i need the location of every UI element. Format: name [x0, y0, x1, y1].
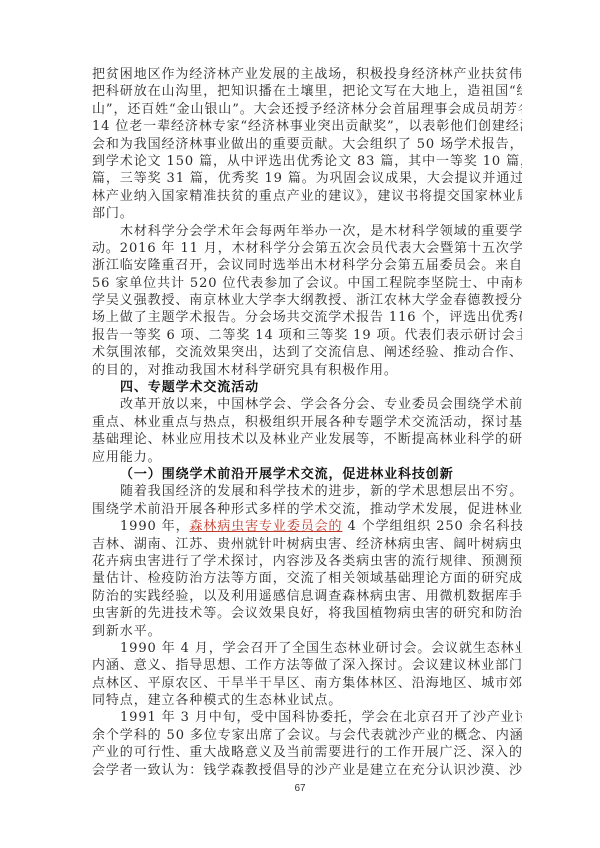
text-line: 部门。 [92, 205, 522, 222]
text-line: 学吴义强教授、南京林业大学李大纲教授、浙江农林大学金春德教授分别在主会 [92, 292, 522, 309]
text-line: 木材科学分会学术年会每两年举办一次，是木材科学领域的重要学术品牌活 [92, 223, 522, 240]
text-line: 把科研放在山沟里，把知识播在土壤里，把论文写在大地上，造祖国“绿水青 [92, 83, 522, 100]
text-line: 余个学科的 50 多位专家出席了会议。与会代表就沙产业的概念、内涵和创建沙 [92, 727, 522, 744]
text-line-with-link: 1990 年，森林病虫害专业委员会的 4 个学组组织 250 余名科技人员分别在 [92, 518, 522, 535]
forest-pest-committee-link[interactable]: 森林病虫害专业委员会的 [190, 519, 343, 534]
subsection-heading: （一）围绕学术前沿开展学术交流，促进林业科技创新 [92, 466, 522, 483]
text-line: 基础理论、林业应用技术以及林业产业发展等，不断提高林业科学的研究水平与 [92, 431, 522, 448]
text-line: 会和为我国经济林事业做出的重要贡献。大会组织了 50 场学术报告，大会共收 [92, 136, 522, 153]
text-line: 篇，三等奖 31 篇，优秀奖 19 篇。为巩固会议成果，大会提议并通过了《将经济 [92, 170, 522, 187]
section-heading: 四、专题学术交流活动 [92, 379, 522, 396]
text-line: 同特点，建立各种模式的生态林业试点。 [92, 692, 522, 709]
text-line: 到新水平。 [92, 623, 522, 640]
page-number: 67 [0, 783, 600, 794]
text-line: 山”，还百姓“金山银山”。大会还授予经济林分会首届理事会成员胡芳名等 [92, 101, 522, 118]
text-line: 量估计、检疫防治方法等方面，交流了相关领域基础理论方面的研究成果、生产 [92, 570, 522, 587]
text-line: 术氛围浓郁，交流效果突出，达到了交流信息、阐述经验、推动合作、促进友谊 [92, 344, 522, 361]
text-line: 吉林、湖南、江苏、贵州就针叶树病虫害、经济林病虫害、阔叶树病虫害、观赏 [92, 536, 522, 553]
text-line: 防治的实践经验，以及利用遥感信息调查森林病虫害、用微机数据库手段鉴定病 [92, 588, 522, 605]
text-line: 把贫困地区作为经济林产业发展的主战场，积极投身经济林产业扶贫伟大实践， [92, 66, 522, 83]
text-line: 围绕学术前沿开展各种形式多样的学术交流，推动学术发展，促进林业科技创新。 [92, 501, 522, 518]
text-line: 花卉病虫害进行了学术探讨，内容涉及各类病虫害的流行规律、预测预报、损失 [92, 553, 522, 570]
text-line: 重点、林业重点与热点，积极组织开展各种专题学术交流活动，探讨基础科学、 [92, 414, 522, 431]
text-line: 报告一等奖 6 项、二等奖 14 项和三等奖 19 项。代表们表示研讨会主题明确… [92, 327, 522, 344]
line-suffix: 4 个学组组织 250 余名科技人员分别在 [342, 519, 522, 534]
document-page-body: 把贫困地区作为经济林产业发展的主战场，积极投身经济林产业扶贫伟大实践， 把科研放… [92, 66, 522, 779]
text-line: 随着我国经济的发展和科学技术的进步，新的学术思想层出不穷。学会紧紧 [92, 483, 522, 500]
text-line: 到学术论文 150 篇，从中评选出优秀论文 83 篇，其中一等奖 10 篇，二等… [92, 153, 522, 170]
text-line: 1990 年 4 月，学会召开了全国生态林业研讨会。会议就生态林业的概念、 [92, 640, 522, 657]
text-line: 1991 年 3 月中旬，受中国科协委托，学会在北京召开了沙产业讨论会，十 [92, 709, 522, 726]
text-line: 14 位老一辈经济林专家“经济林事业突出贡献奖”，以表彰他们创建经济林分 [92, 118, 522, 135]
text-line: 林产业纳入国家精准扶贫的重点产业的建议》，建议书将提交国家林业局等有关 [92, 188, 522, 205]
text-line: 虫害新的先进技术等。会议效果良好，将我国植物病虫害的研究和防治工作提高 [92, 605, 522, 622]
text-line: 产业的可行性、重大战略意义及当前需要进行的工作开展广泛、深入的讨论。与 [92, 744, 522, 761]
text-line: 会学者一致认为：钱学森教授倡导的沙产业是建立在充分认识沙漠、沙漠化土地 [92, 762, 522, 779]
text-line: 动。2016 年 11 月，木材科学分会第五次会员代表大会暨第十五次学术研讨会在 [92, 240, 522, 257]
text-line: 内涵、意义、指导思想、工作方法等做了深入探讨。会议建议林业部门在国家重 [92, 657, 522, 674]
text-line: 浙江临安隆重召开，会议同时选举出木材科学分会第五届委员会。来自全国各地 [92, 257, 522, 274]
text-line: 点林区、平原农区、干旱半干旱区、南方集体林区、沿海地区、城市郊区根据不 [92, 675, 522, 692]
line-prefix: 1990 年， [120, 519, 190, 534]
text-line: 改革开放以来，中国林学会、学会各分会、专业委员会围绕学术前沿、学科 [92, 396, 522, 413]
text-line: 56 家单位共计 520 位代表参加了会议。中国工程院李坚院士、中南林业科技大 [92, 275, 522, 292]
text-line: 的目的，对推动我国木材科学研究具有积极作用。 [92, 362, 522, 379]
text-line: 应用能力。 [92, 449, 522, 466]
text-line: 场上做了主题学术报告。分会场共交流学术报告 116 个，评选出优秀研究生学术 [92, 309, 522, 326]
